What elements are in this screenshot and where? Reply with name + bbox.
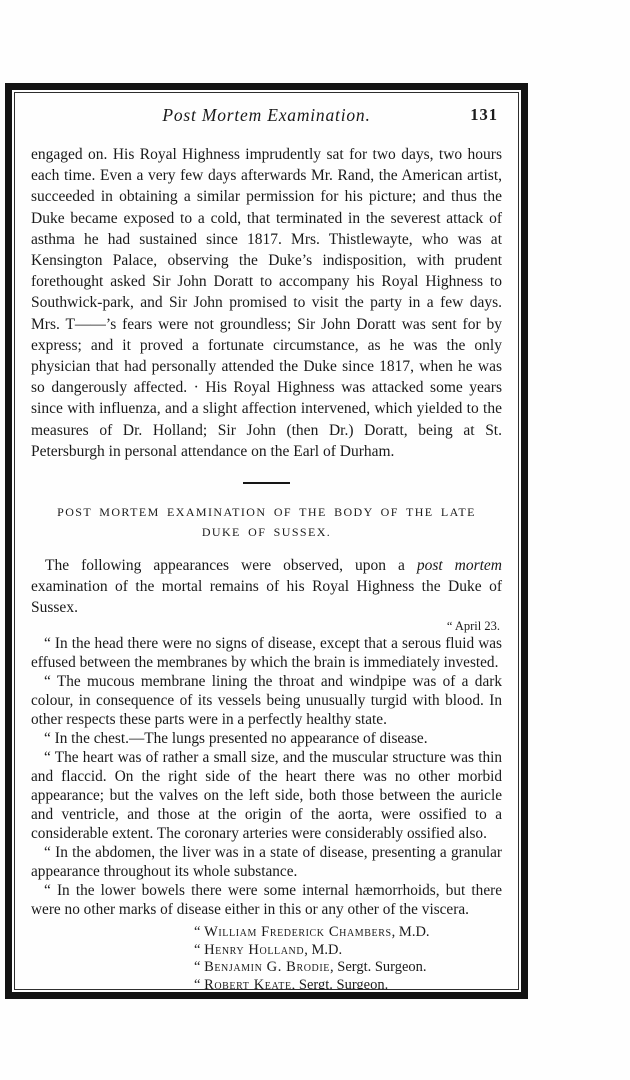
section-heading-line2: DUKE OF SUSSEX. xyxy=(31,522,502,542)
page-content: Post Mortem Examination. 131 engaged on.… xyxy=(15,93,518,989)
signature-line-keate: “ Robert Keate, Sergt. Surgeon. xyxy=(194,977,502,989)
signature-line-brodie: “ Benjamin G. Brodie, Sergt. Surgeon. xyxy=(194,959,502,977)
signature-line-chambers: “ William Frederick Chambers, M.D. xyxy=(194,924,502,942)
section-heading-line1: POST MORTEM EXAMINATION OF THE BODY OF T… xyxy=(31,502,502,522)
report-paragraph-heart: “ The heart was of rather a small size, … xyxy=(31,748,502,843)
report-paragraph-chest: “ In the chest.—The lungs presented no a… xyxy=(31,729,502,748)
signature-block: “ William Frederick Chambers, M.D. “ Hen… xyxy=(194,924,502,989)
report-paragraph-throat: “ The mucous membrane lining the throat … xyxy=(31,672,502,729)
report-paragraph-abdomen: “ In the abdomen, the liver was in a sta… xyxy=(31,843,502,881)
page-border-frame: Post Mortem Examination. 131 engaged on.… xyxy=(5,83,528,999)
date-note: “ April 23. xyxy=(31,619,500,634)
opening-paragraph: engaged on. His Royal Highness imprudent… xyxy=(31,144,502,462)
running-header-title: Post Mortem Examination. xyxy=(162,105,370,125)
section-heading: POST MORTEM EXAMINATION OF THE BODY OF T… xyxy=(31,502,502,542)
report-paragraph-head: “ In the head there were no signs of dis… xyxy=(31,634,502,672)
section-divider-rule xyxy=(243,482,290,484)
report-paragraph-bowels: “ In the lower bowels there were some in… xyxy=(31,881,502,919)
running-header: Post Mortem Examination. 131 xyxy=(31,105,502,127)
page-number: 131 xyxy=(470,105,498,125)
scanned-book-page: Post Mortem Examination. 131 engaged on.… xyxy=(0,0,630,1080)
signature-line-holland: “ Henry Holland, M.D. xyxy=(194,942,502,960)
intro-paragraph: The following appearances were observed,… xyxy=(31,555,502,618)
